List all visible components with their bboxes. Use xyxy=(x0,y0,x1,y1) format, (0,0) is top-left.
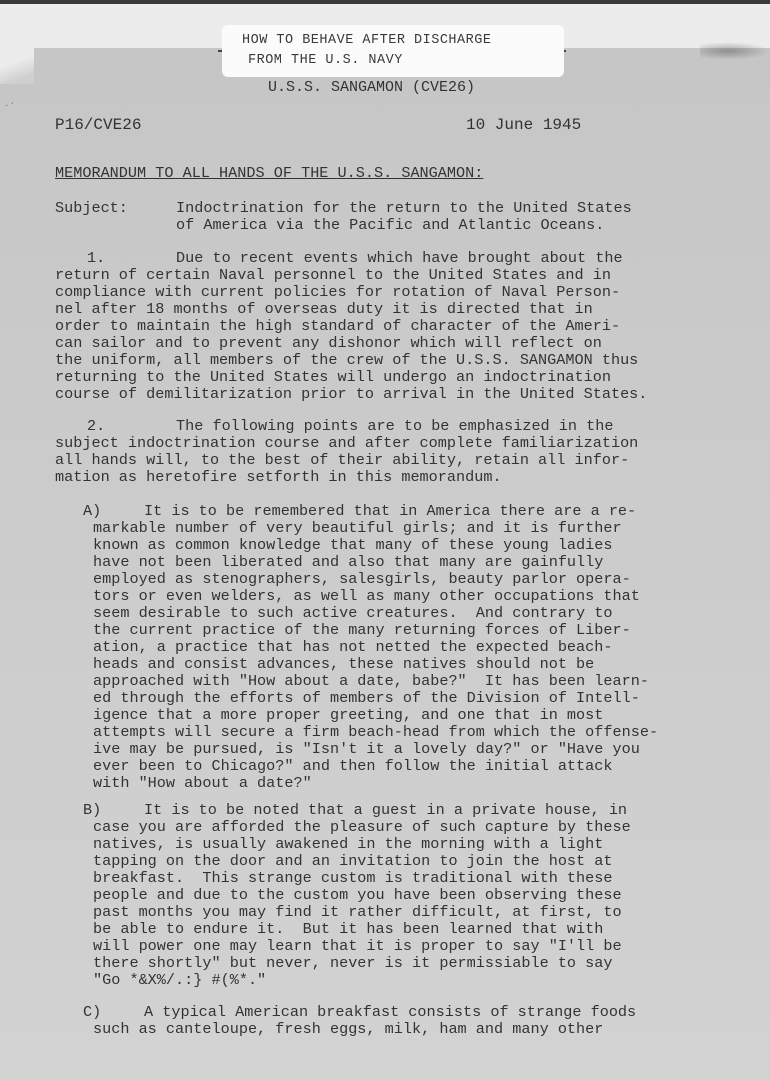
item-line: ed through the efforts of members of the… xyxy=(93,690,640,707)
subject-label: Subject: xyxy=(55,200,128,217)
item-line: approached with "How about a date, babe?… xyxy=(93,673,649,690)
paragraph-line: all hands will, to the best of their abi… xyxy=(55,452,629,469)
ship-header: U.S.S. SANGAMON (CVE26) xyxy=(268,80,475,97)
paragraph-line: The following points are to be emphasize… xyxy=(176,418,613,435)
paragraph-line: the uniform, all members of the crew of … xyxy=(55,352,638,369)
paragraph-line: order to maintain the high standard of c… xyxy=(55,318,620,335)
paragraph-line: compliance with current policies for rot… xyxy=(55,284,620,301)
item-line: past months you may find it rather diffi… xyxy=(93,904,622,921)
item-line: attempts will secure a firm beach-head f… xyxy=(93,724,658,741)
item-line: heads and consist advances, these native… xyxy=(93,656,594,673)
paragraph-line: returning to the United States will unde… xyxy=(55,369,611,386)
item-line: markable number of very beautiful girls;… xyxy=(93,520,622,537)
subject-line: of America via the Pacific and Atlantic … xyxy=(176,217,604,234)
item-line: will power one may learn that it is prop… xyxy=(93,938,622,955)
subject-line: Indoctrination for the return to the Uni… xyxy=(176,200,632,217)
item-line: It is to be remembered that in America t… xyxy=(144,503,636,520)
ink-smudge xyxy=(700,42,770,60)
item-line: ation, a practice that has not netted th… xyxy=(93,639,613,656)
paragraph-line: can sailor and to prevent any dishonor w… xyxy=(55,335,602,352)
item-line: be able to endure it. But it has been le… xyxy=(93,921,603,938)
paragraph-line: return of certain Naval personnel to the… xyxy=(55,267,611,284)
caption-line-1: HOW TO BEHAVE AFTER DISCHARGE xyxy=(242,33,491,48)
item-line: igence that a more proper greeting, and … xyxy=(93,707,603,724)
caption-line-2: FROM THE U.S. NAVY xyxy=(248,53,403,68)
paragraph-line: subject indoctrination course and after … xyxy=(55,435,638,452)
item-line: A typical American breakfast consists of… xyxy=(144,1004,636,1021)
item-line: tapping on the door and an invitation to… xyxy=(93,853,613,870)
page-corner xyxy=(0,48,34,84)
caption-label: HOW TO BEHAVE AFTER DISCHARGE FROM THE U… xyxy=(222,25,564,77)
item-line: It is to be noted that a guest in a priv… xyxy=(144,802,627,819)
item-line: have not been liberated and also that ma… xyxy=(93,554,603,571)
item-line: employed as stenographers, salesgirls, b… xyxy=(93,571,631,588)
item-marker: C) xyxy=(83,1004,101,1021)
item-line: ever been to Chicago?" and then follow t… xyxy=(93,758,613,775)
reference-code: P16/CVE26 xyxy=(55,117,141,134)
item-line: case you are afforded the pleasure of su… xyxy=(93,819,631,836)
item-marker: B) xyxy=(83,802,101,819)
paragraph-number: 2. xyxy=(87,418,105,435)
paragraph-number: 1. xyxy=(87,250,105,267)
paragraph-line: mation as heretofire setforth in this me… xyxy=(55,469,502,486)
item-line: tors or even welders, as well as many ot… xyxy=(93,588,640,605)
item-line: known as common knowledge that many of t… xyxy=(93,537,613,554)
memo-date: 10 June 1945 xyxy=(466,117,581,134)
paragraph-line: course of demilitarization prior to arri… xyxy=(55,386,647,403)
memo-title: MEMORANDUM TO ALL HANDS OF THE U.S.S. SA… xyxy=(55,165,483,182)
paragraph-line: Due to recent events which have brought … xyxy=(176,250,623,267)
item-line: such as canteloupe, fresh eggs, milk, ha… xyxy=(93,1021,603,1038)
item-line: natives, is usually awakened in the morn… xyxy=(93,836,603,853)
paragraph-line: nel after 18 months of overseas duty it … xyxy=(55,301,593,318)
item-line: "Go *&X%/.:} #(%*." xyxy=(93,972,266,989)
item-marker: A) xyxy=(83,503,101,520)
item-line: people and due to the custom you have be… xyxy=(93,887,622,904)
item-line: with "How about a date?" xyxy=(93,775,312,792)
item-line: breakfast. This strange custom is tradit… xyxy=(93,870,613,887)
item-line: the current practice of the many returni… xyxy=(93,622,631,639)
item-line: ive may be pursued, is "Isn't it a lovel… xyxy=(93,741,640,758)
item-line: there shortly" but never, never is it pe… xyxy=(93,955,613,972)
item-line: seem desirable to such active creatures.… xyxy=(93,605,613,622)
